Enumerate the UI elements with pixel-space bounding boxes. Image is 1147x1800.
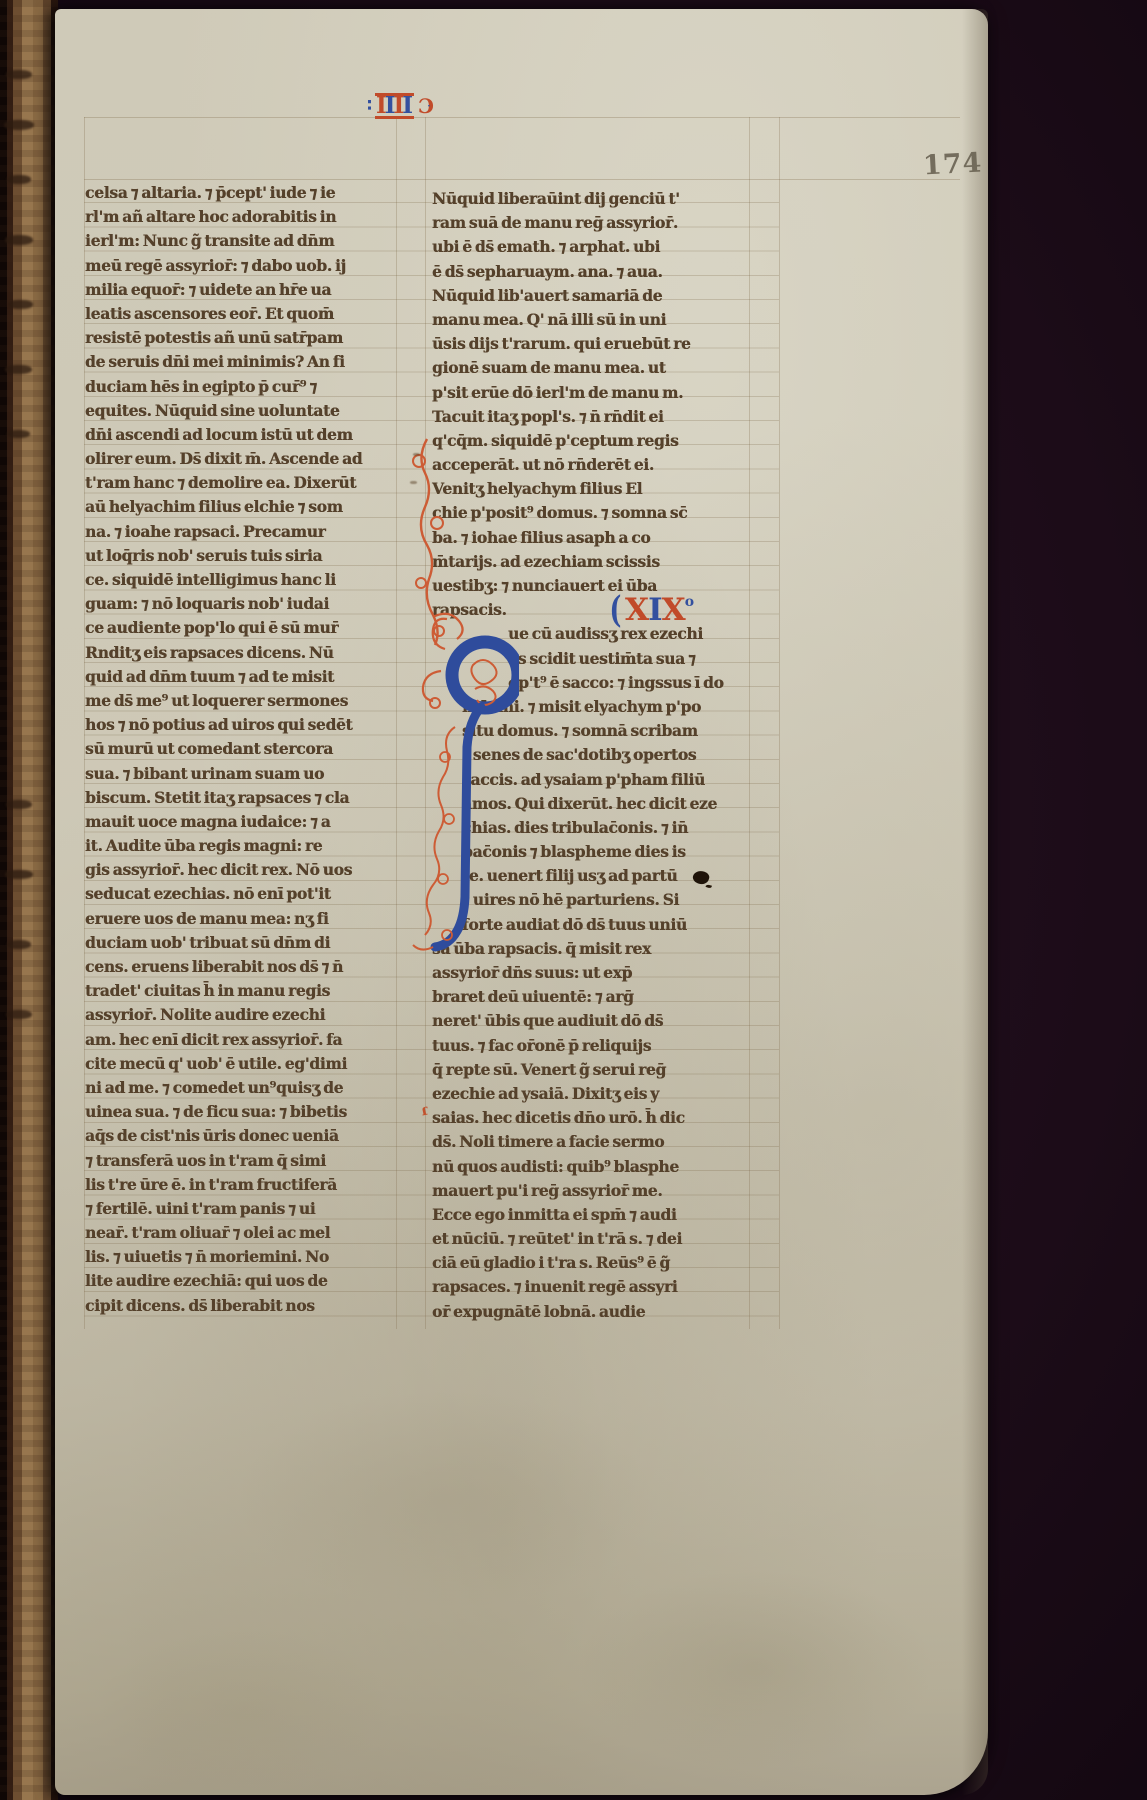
page-edge-texture — [6, 1010, 32, 1019]
text-line: sū murū ut comedant stercora — [85, 737, 397, 762]
text-line: eruere uos de manu mea: nʒ fi — [85, 906, 397, 931]
text-line: p'sit erūe dō ierl'm de manu m. — [432, 380, 752, 405]
text-line: seducat ezechias. nō enī pot'it — [85, 882, 397, 907]
text-line: olirer eum. Ds̄ dixit m̄. Ascende ad — [85, 447, 397, 472]
running-title: ∶ I I I I Ɔ · — [367, 91, 431, 121]
text-line: Nūquid liberaūint dij genciū t' — [432, 187, 752, 212]
text-line: ut loq̄ris nob' seruis tuis siria — [85, 543, 397, 568]
parchment-stain — [95, 1629, 395, 1789]
text-line: ciā eū gladio i t'ra s. Reūs⁹ ē g̃ — [432, 1251, 752, 1276]
text-line: rl'm añ altare hoc adorabitis in — [85, 205, 397, 230]
text-line: de seruis dn̄i mei minimis? An fi — [85, 350, 397, 375]
text-line: quid ad dn̄m tuum ⁊ ad te misit — [85, 664, 397, 689]
text-line: gionē suam de manu mea. ut — [432, 356, 752, 381]
folio-number: 174 — [922, 147, 983, 181]
text-line: lite audire ezechiā: qui uos de — [85, 1269, 397, 1294]
text-line: duciam uob' tribuat sū dn̄m di — [85, 930, 397, 955]
text-line: assyrior̄. Nolite audire ezechi — [85, 1003, 397, 1028]
text-line: et nūciū. ⁊ reūtet' in t'rā s. ⁊ dei — [432, 1227, 752, 1252]
parchment-stain — [235, 1389, 655, 1609]
page-edge-texture — [5, 365, 32, 374]
chapter-numeral-letter: X — [662, 593, 685, 627]
ruling-line-top — [84, 117, 960, 118]
text-line: aq̄s de cist'nis ūris donec ueniā — [85, 1124, 397, 1149]
chapter-full-width: sa ūba rapsacis. q̄ misit rexassyrior̄ d… — [432, 937, 752, 1324]
text-line: braret deū uiuentē: ⁊ arḡ — [432, 985, 752, 1010]
text-line: lis. ⁊ uiuetis ⁊ n̄ moriemini. No — [85, 1245, 397, 1270]
text-line: ubi ē ds̄ emath. ⁊ arphat. ubi — [432, 235, 752, 260]
text-line: tradet' ciuitas h̄ in manu regis — [85, 979, 397, 1004]
manuscript-page: ∶ I I I I Ɔ · 174 celsa ⁊ altaria. ⁊ p̄c… — [55, 9, 988, 1795]
text-line: ē ds̄ sepharuaym. ana. ⁊ aua. — [432, 259, 752, 284]
manuscript-photo: ∶ I I I I Ɔ · 174 celsa ⁊ altaria. ⁊ p̄c… — [0, 0, 1147, 1800]
text-line: neret' ūbis que audiuit dō ds̄ — [432, 1009, 752, 1034]
text-line: sua. ⁊ bibant urinam suam uo — [85, 761, 397, 786]
text-line: biscum. Stetit itaʒ rapsaces ⁊ cla — [85, 785, 397, 810]
page-edge-texture — [5, 870, 33, 879]
text-line: ezechie ad ysaiā. Dixitʒ eis y — [432, 1082, 752, 1107]
text-line: rapsaces. ⁊ inuenit regē assyri — [432, 1275, 752, 1300]
text-line: nū quos audisti: quib⁹ blasphe — [432, 1154, 752, 1179]
text-line: meū regē assyrior̄: ⁊ dabo uob. ij — [85, 253, 397, 278]
ruling-margin — [779, 117, 780, 1329]
text-line: t'ram hanc ⁊ demolire ea. Dixerūt — [85, 471, 397, 496]
decorated-initial-Q — [393, 427, 519, 972]
text-line: guam: ⁊ nō loquaris nob' iudai — [85, 592, 397, 617]
text-line: milia equor̄: ⁊ uidete an hr̄e ua — [85, 277, 397, 302]
text-line: leatis ascensores eor̄. Et quom̄ — [85, 302, 397, 327]
chapter-number-rubric: ( X I X o — [607, 593, 694, 627]
text-line: me ds̄ me⁹ ut loquerer sermones — [85, 689, 397, 714]
text-line: dn̄i ascendi ad locum istū ut dem — [85, 423, 397, 448]
text-line: cipit dicens. ds̄ liberabit nos — [85, 1293, 397, 1318]
text-line: aū helyachim filius elchie ⁊ som — [85, 495, 397, 520]
gutter-pen-mark — [410, 481, 417, 484]
text-line: uinea sua. ⁊ de ficu sua: ⁊ bibetis — [85, 1100, 397, 1125]
page-edge-texture — [7, 940, 31, 949]
text-line: manu mea. Q' nā illi sū in uni — [432, 308, 752, 333]
text-line: duciam hēs in egipto p̄ cur̄⁹ ⁊ — [85, 374, 397, 399]
numeral-stroke: I — [402, 96, 413, 116]
text-line: ⁊ fertilē. uini t'ram panis ⁊ ui — [85, 1197, 397, 1222]
text-line: na. ⁊ ioahe rapsaci. Precamur — [85, 519, 397, 544]
page-edge-texture — [5, 235, 33, 245]
page-edge-texture — [6, 70, 32, 79]
text-line: ⁊ transferā uos in t'ram q̄ simi — [85, 1148, 397, 1173]
page-edge-texture — [7, 175, 31, 184]
text-line: Ecce ego inmitta ei spm̄ ⁊ audi — [432, 1203, 752, 1228]
text-line: saias. hec dicetis dn̄o urō. h̄ dic — [432, 1106, 752, 1131]
text-line: ds̄. Noli timere a facie sermo — [432, 1130, 752, 1155]
chapter-numeral-superscript: o — [685, 593, 694, 611]
text-line: lis t're ūre ē. in t'ram fructiferā — [85, 1172, 397, 1197]
text-line: ce audiente pop'lo qui ē sū mur̄ — [85, 616, 397, 641]
page-edge-shading — [962, 9, 988, 1795]
text-line: mauit uoce magna iudaice: ⁊ a — [85, 810, 397, 835]
paraph-mark: ( — [610, 593, 622, 627]
text-line: ūsis dijs t'rarum. qui eruebūt re — [432, 332, 752, 357]
text-line: mauert pu'i reḡ assyrior̄ me. — [432, 1178, 752, 1203]
text-line: Rnditʒ eis rapsaces dicens. Nū — [85, 640, 397, 665]
text-line: Tacuit itaʒ popl's. ⁊ n̄ rn̄dit ei — [432, 404, 752, 429]
text-line: tuus. ⁊ fac or̄onē p̄ reliquijs — [432, 1033, 752, 1058]
text-line: q̄ repte sū. Venert g̃ serui reḡ — [432, 1057, 752, 1082]
parchment-stain — [575, 1569, 935, 1769]
running-title-numeral: I I I I — [375, 93, 414, 119]
text-line: resistē potestis añ unū satr̄pam — [85, 326, 397, 351]
page-edge-texture — [4, 120, 34, 130]
text-line: Nūquid lib'auert samariā de — [432, 283, 752, 308]
text-line: equites. Nūquid sine uoluntate — [85, 398, 397, 423]
text-line: near̄. t'ram oliuar̄ ⁊ olei ac mel — [85, 1221, 397, 1246]
text-line: celsa ⁊ altaria. ⁊ p̄cept' iude ⁊ ie — [85, 181, 397, 206]
text-line: ierl'm: Nunc g̃ transite ad dn̄m — [85, 229, 397, 254]
page-edge-texture — [6, 800, 32, 809]
text-line: hos ⁊ nō potius ad uiros qui sedēt — [85, 713, 397, 738]
chapter-numeral-letter: I — [648, 593, 662, 627]
page-edge-texture — [8, 300, 33, 309]
text-line: ni ad me. ⁊ comedet un⁹quisʒ de — [85, 1076, 397, 1101]
running-title-ornament-left: ∶ — [367, 96, 370, 116]
text-line: gis assyrior̄. hec dicit rex. Nō uos — [85, 858, 397, 883]
gutter-pen-mark — [413, 453, 420, 456]
text-line: ram suā de manu reḡ assyrior̄. — [432, 211, 752, 236]
text-line: or̄ expugnātē lobnā. audie — [432, 1299, 752, 1324]
text-column-left: celsa ⁊ altaria. ⁊ p̄cept' iude ⁊ ierl'm… — [85, 181, 397, 1318]
chapter-numeral-letter: X — [625, 593, 648, 627]
text-line: cens. eruens liberabit nos ds̄ ⁊ n̄ — [85, 955, 397, 980]
text-line: cite mecū q' uob' ē utile. eg'dimi — [85, 1051, 397, 1076]
page-edge-texture — [7, 430, 30, 438]
text-line: am. hec enī dicit rex assyrior̄. fa — [85, 1027, 397, 1052]
text-line: ce. siquidē intelligimus hanc li — [85, 568, 397, 593]
book-fore-edge — [0, 0, 58, 1800]
text-line: it. Audite ūba regis magni: re — [85, 834, 397, 859]
running-title-ornament-dot: · — [427, 99, 431, 113]
